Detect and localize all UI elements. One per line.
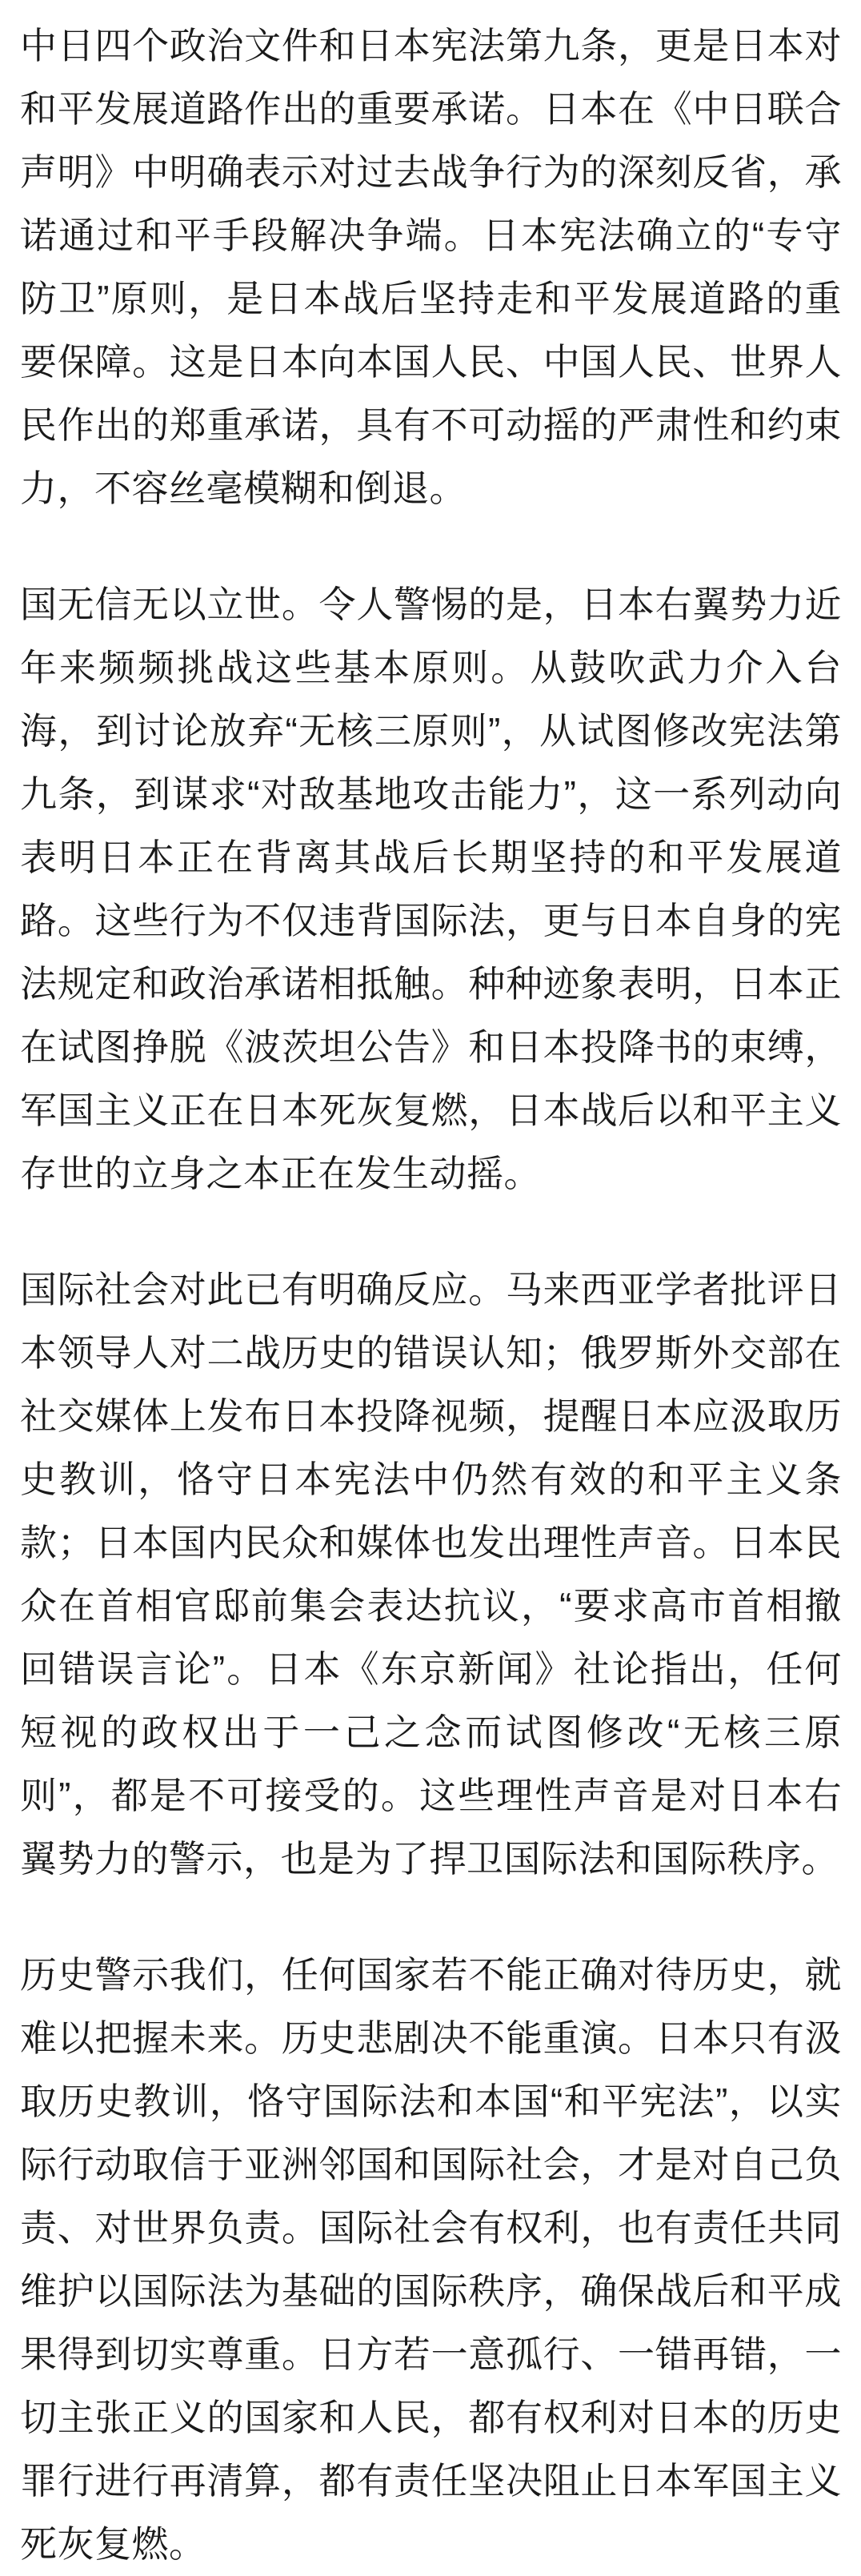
- article-paragraph-2: 国无信无以立世。令人警惕的是，日本右翼势力近年来频频挑战这些基本原则。从鼓吹武力…: [20, 573, 842, 1206]
- article-paragraph-3: 国际社会对此已有明确反应。马来西亚学者批评日本领导人对二战历史的错误认知；俄罗斯…: [20, 1258, 842, 1891]
- article-paragraph-4: 历史警示我们，任何国家若不能正确对待历史，就难以把握未来。历史悲剧决不能重演。日…: [20, 1944, 842, 2576]
- article-body: 中日四个政治文件和日本宪法第九条，更是日本对和平发展道路作出的重要承诺。日本在《…: [0, 0, 861, 2576]
- article-paragraph-1: 中日四个政治文件和日本宪法第九条，更是日本对和平发展道路作出的重要承诺。日本在《…: [20, 14, 842, 520]
